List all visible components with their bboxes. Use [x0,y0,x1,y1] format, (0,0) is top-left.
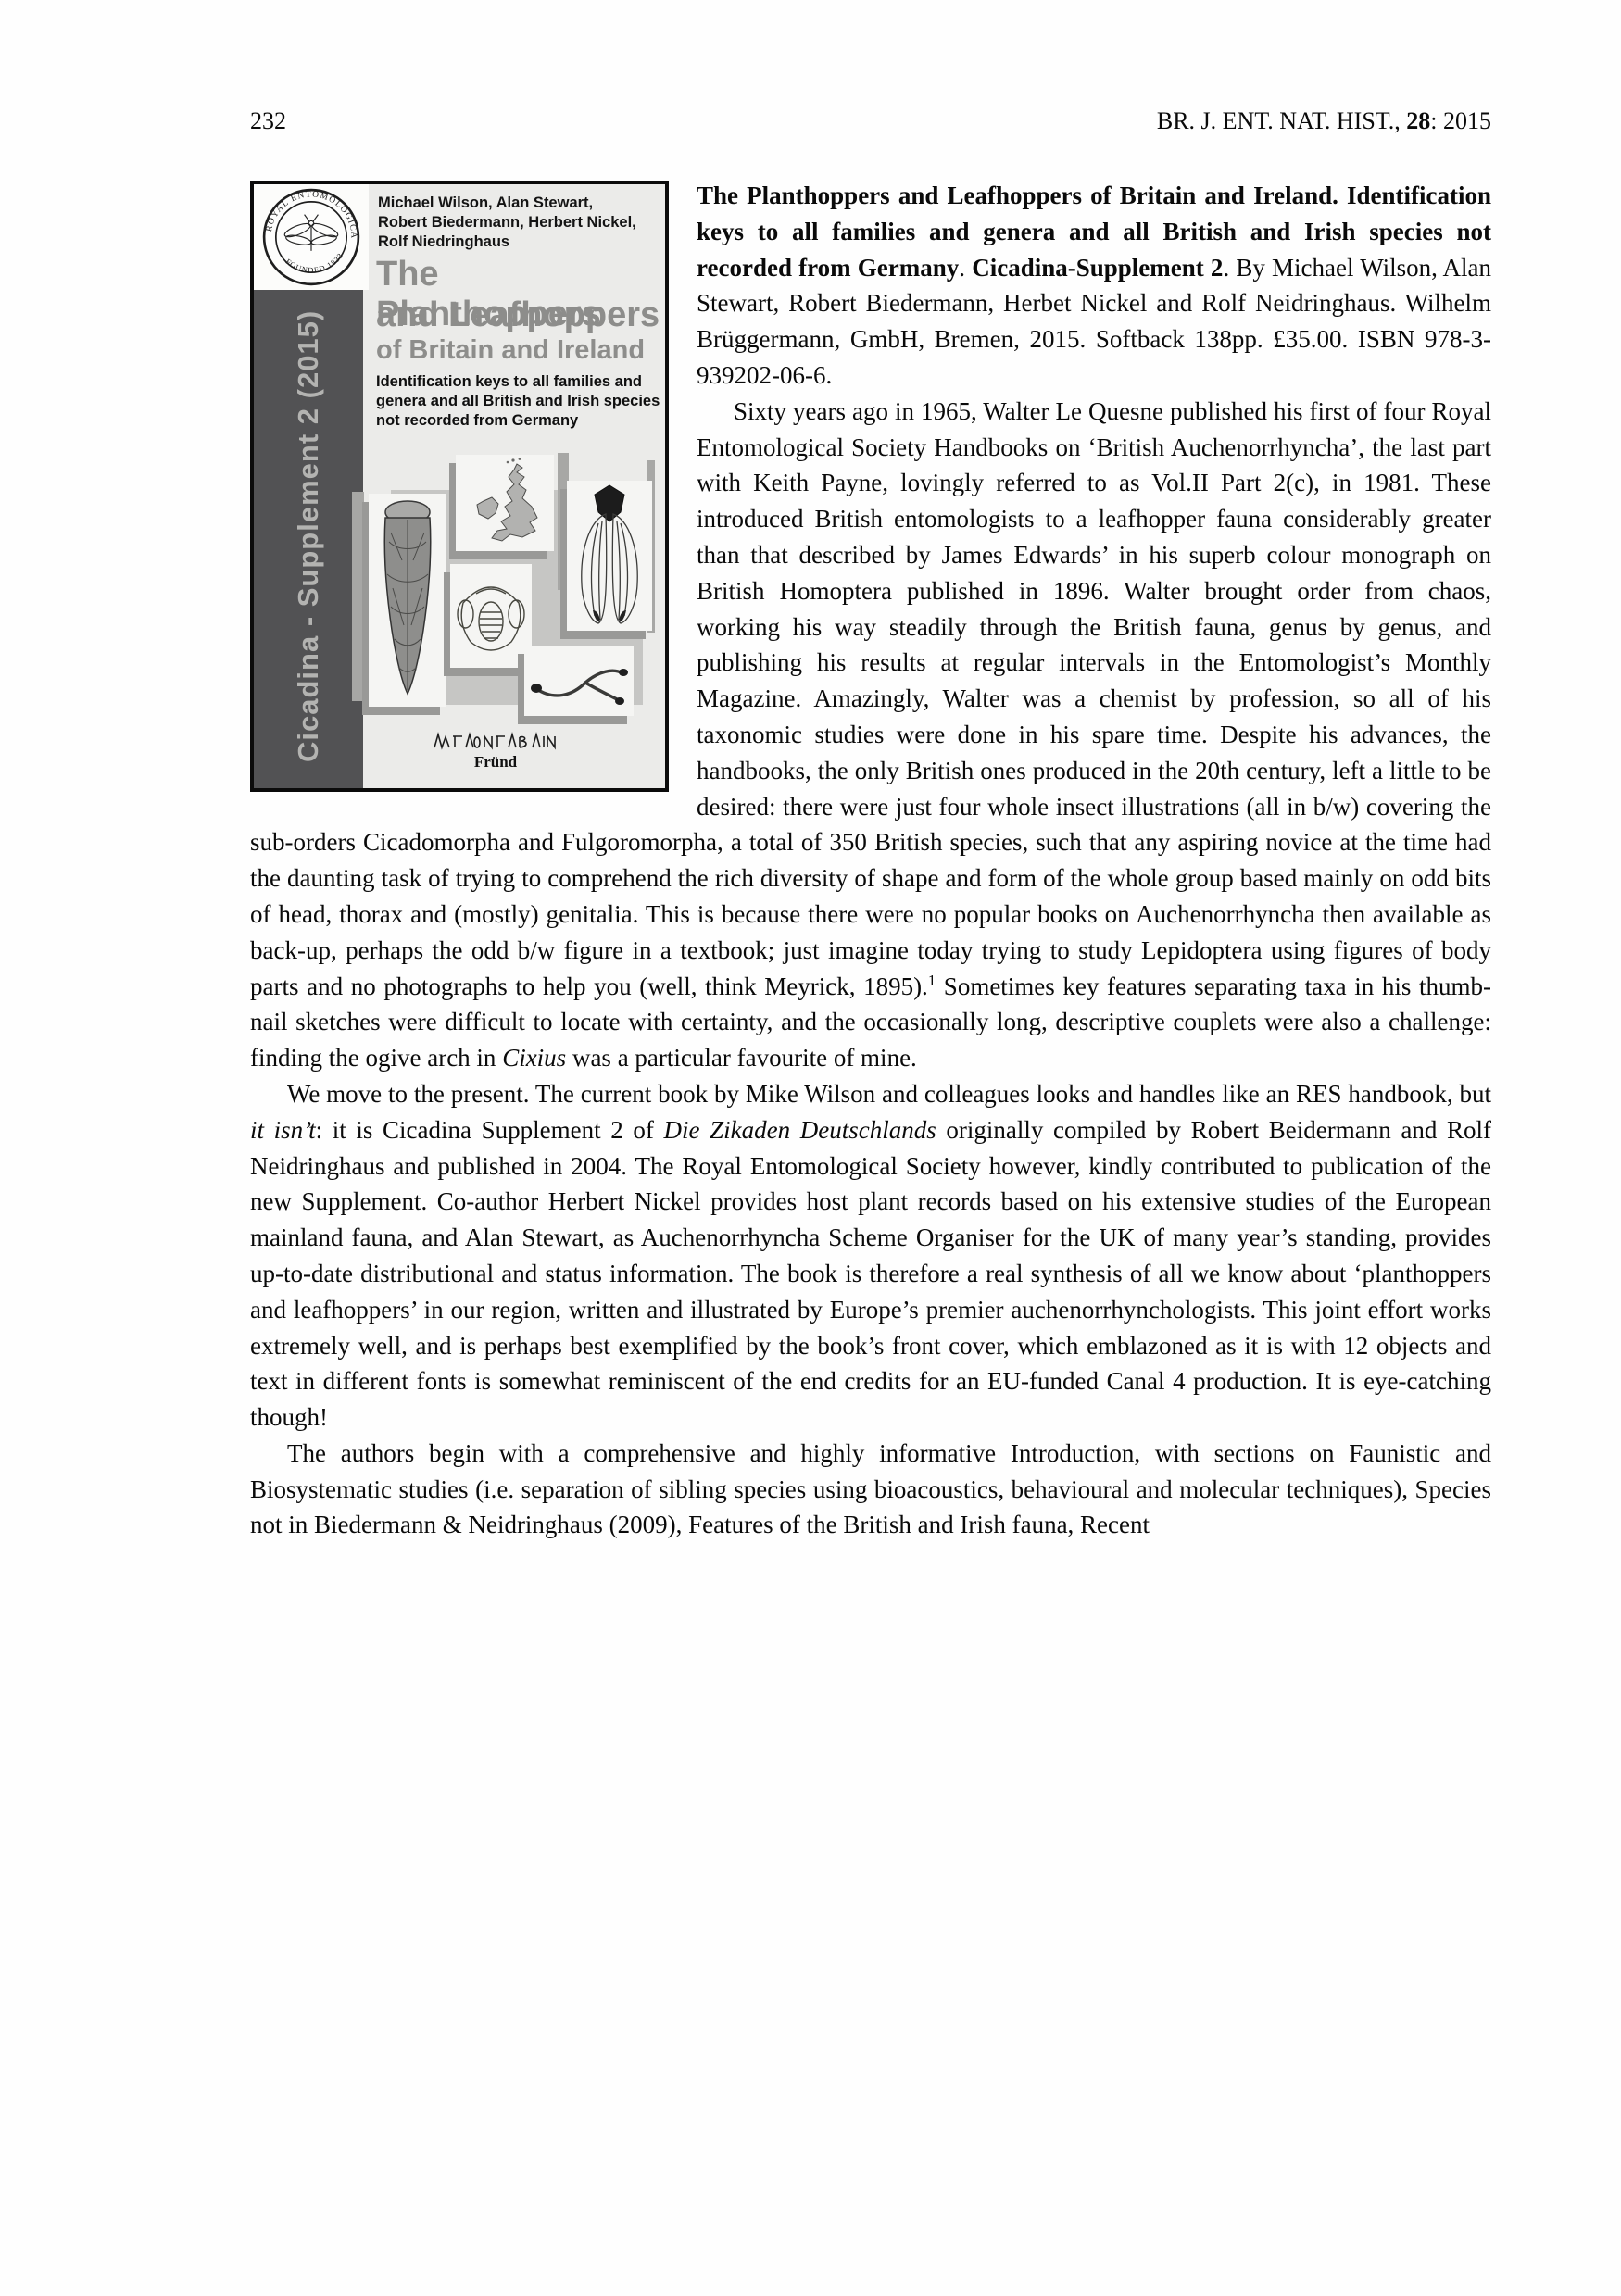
citation-separator: . [959,254,972,282]
wings-illustration [569,483,650,629]
page-content: 232 BR. J. ENT. NAT. HIST., 28: 2015 Cic… [250,0,1491,1543]
page-header: 232 BR. J. ENT. NAT. HIST., 28: 2015 [250,107,1491,135]
page-number: 232 [250,107,286,135]
cover-title-line2: and Leafhoppers [376,295,660,335]
cover-title-line3: of Britain and Ireland [376,335,645,366]
res-seal-icon: ROYAL ENTOMOLOGICAL SOCIETY FOUNDED 1833 [262,188,360,286]
genus-name-italic: Cixius [502,1044,566,1072]
britain-ireland-map-illustration [458,457,552,549]
review-paragraph-introduction: The authors begin with a comprehensive a… [250,1436,1491,1543]
genitalia-illustration [526,647,632,714]
book-title-italic: Die Zikaden Deutschlands [664,1116,936,1144]
paragraph-text: originally compiled by Robert Beidermann… [250,1116,1491,1431]
res-society-seal: ROYAL ENTOMOLOGICAL SOCIETY FOUNDED 1833 [254,184,369,290]
paragraph-text: The authors begin with a comprehensive a… [250,1439,1491,1539]
cover-artist-name: Fründ [426,753,565,772]
emphasis-italic: it isn’t [250,1116,316,1144]
review-paragraph-present: We move to the present. The current book… [250,1076,1491,1436]
journal-title: BR. J. ENT. NAT. HIST., [1157,107,1401,134]
footnote-marker: 1 [928,972,936,989]
paragraph-text: was a particular favourite of mine. [566,1044,917,1072]
paragraph-text: : it is Cicadina Supplement 2 of [316,1116,664,1144]
map-illustration-card [456,455,554,551]
cover-authors: Michael Wilson, Alan Stewart, Robert Bie… [378,194,661,252]
journal-year: : 2015 [1430,107,1491,134]
book-review-article: Cicadina - Supplement 2 (2015) ROYAL ENT… [250,178,1491,1543]
signature-squiggle-icon [431,729,560,753]
cover-decor-bar [352,492,364,701]
head-illustration-card [450,564,532,668]
supplement-bold: Cicadina-Supplement 2 [972,254,1223,282]
cover-subtitle: Identification keys to all families and … [376,372,663,431]
book-cover-image: Cicadina - Supplement 2 (2015) ROYAL ENT… [250,181,669,792]
cover-signature: Fründ [426,729,565,772]
journal-running-head: BR. J. ENT. NAT. HIST., 28: 2015 [1157,107,1491,135]
journal-volume: 28 [1406,107,1430,134]
paragraph-text: We move to the present. The current book… [287,1080,1491,1108]
wings-illustration-card [567,481,652,631]
genitalia-illustration-card [524,646,634,716]
insect-head-illustration [452,566,530,666]
leafhopper-illustration-card [369,494,446,707]
journal-page: 232 BR. J. ENT. NAT. HIST., 28: 2015 Cic… [0,0,1621,2296]
leafhopper-illustration [371,496,445,703]
cover-spine-text: Cicadina - Supplement 2 (2015) [254,294,363,779]
